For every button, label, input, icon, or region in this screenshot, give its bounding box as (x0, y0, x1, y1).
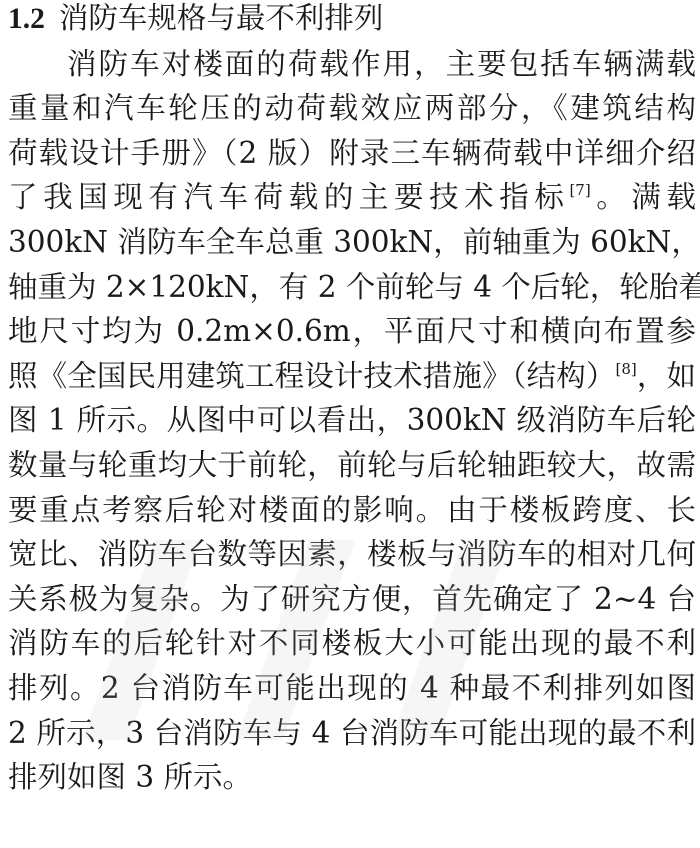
section-title: 消防车规格与最不利排列 (59, 1, 384, 35)
text-line: 荷载设计手册》（2 版）附录三车辆荷载中详细介绍 (8, 131, 696, 176)
text-line: 照《全国民用建筑工程设计技术措施》（结构）[8]，如 (8, 354, 696, 399)
citation-ref-7[interactable]: [7] (569, 181, 590, 199)
text-line: 消防车的后轮针对不同楼板大小可能出现的最不利 (8, 621, 696, 666)
text-line: 宽比、消防车台数等因素，楼板与消防车的相对几何 (8, 532, 696, 577)
text-line: 重量和汽车轮压的动荷载效应两部分，《建筑结构 (8, 86, 696, 131)
text-line: 消防车对楼面的荷载作用，主要包括车辆满载 (8, 42, 696, 87)
section-number: 1.2 (8, 3, 45, 35)
text-line: 要重点考察后轮对楼面的影响。由于楼板跨度、长 (8, 488, 696, 533)
text-line: 排列如图 3 所示。 (8, 755, 696, 800)
text-segment: ，如 (637, 359, 696, 393)
text-line: 关系极为复杂。为了研究方便，首先确定了 2~4 台 (8, 577, 696, 622)
text-line: 300kN 消防车全车总重 300kN，前轴重为 60kN，后 (8, 220, 696, 265)
text-segment: 。满载 (591, 180, 696, 214)
paper-page: 1.2消防车规格与最不利排列 消防车对楼面的荷载作用，主要包括车辆满载 重量和汽… (8, 0, 696, 800)
body-paragraph: 消防车对楼面的荷载作用，主要包括车辆满载 重量和汽车轮压的动荷载效应两部分，《建… (8, 42, 696, 800)
text-line: 数量与轮重均大于前轮，前轮与后轮轴距较大，故需 (8, 443, 696, 488)
citation-ref-8[interactable]: [8] (615, 360, 636, 378)
text-line: 了我国现有汽车荷载的主要技术指标[7]。满载 (8, 175, 696, 220)
text-line: 2 所示，3 台消防车与 4 台消防车可能出现的最不利 (8, 711, 696, 756)
section-heading: 1.2消防车规格与最不利排列 (8, 0, 696, 42)
text-segment: 了我国现有汽车荷载的主要技术指标 (8, 180, 569, 214)
text-line: 轴重为 2×120kN，有 2 个前轮与 4 个后轮，轮胎着 (8, 265, 696, 310)
text-line: 图 1 所示。从图中可以看出，300kN 级消防车后轮 (8, 398, 696, 443)
text-line: 排列。2 台消防车可能出现的 4 种最不利排列如图 (8, 666, 696, 711)
text-line: 地尺寸均为 0.2m×0.6m，平面尺寸和横向布置参 (8, 309, 696, 354)
text-segment: 照《全国民用建筑工程设计技术措施》（结构） (8, 359, 615, 393)
